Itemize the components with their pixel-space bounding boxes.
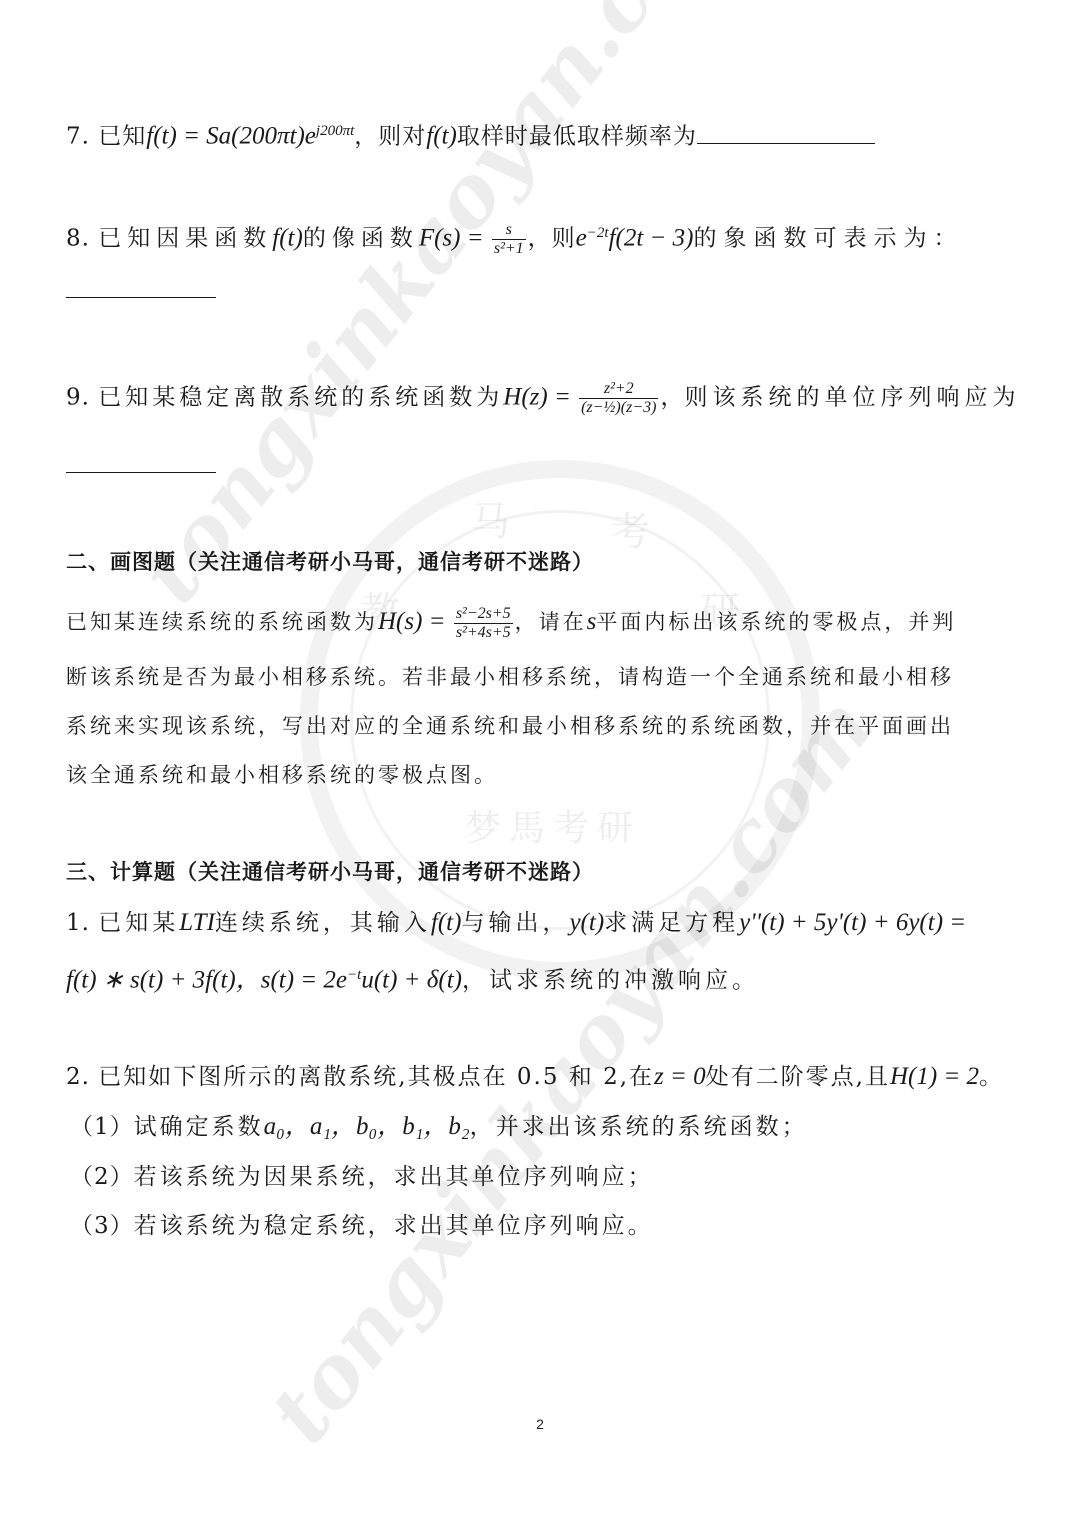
fraction-numerator: s²−2s+5 (454, 605, 513, 624)
math-expression: e (576, 225, 587, 252)
question-number: 8. (66, 226, 90, 252)
math-exponent: −t (347, 967, 361, 983)
watermark-seal-motto: 梦馬考研 (465, 800, 641, 851)
page-number: 2 (0, 1416, 1080, 1432)
question-8: 8. 已知因果函数f(t)的像函数F(s) = ss²+1，则e−2tf(2t … (66, 218, 964, 258)
problem-1-line-1: 1. 已知某LTI连续系统，其输入f(t)与输出，y(t)求满足方程y''(t)… (66, 908, 966, 938)
question-text: 平面内标出该系统的零极点，并判 (596, 610, 956, 634)
fraction-denominator: s²+1 (492, 240, 526, 258)
fraction: ss²+1 (492, 221, 526, 258)
question-number: 2. (66, 1064, 90, 1090)
answer-blank (66, 472, 216, 473)
sub-question-1: （1）试确定系数a₀，a₁，b₀，b₁，b₂，并求出该系统的系统函数； (70, 1112, 808, 1142)
question-text: 的象函数可表示为： (694, 226, 964, 252)
math-expression: F(s) = (419, 225, 490, 252)
watermark-url-upper: tongxinkaoyan.com (120, 0, 762, 621)
section2-line-4: 该全通系统和最小相移系统的零极点图。 (66, 760, 498, 790)
sub-question-label: （3） (70, 1213, 134, 1239)
question-text: 试确定系数 (134, 1114, 264, 1140)
question-text: 已知因果函数 (98, 226, 272, 252)
math-expression: = Sa(200πt)e (177, 123, 316, 150)
math-expression: H(s) = (378, 608, 452, 635)
punctuation: ， (528, 226, 552, 252)
question-text: 则对 (378, 124, 426, 150)
math-expression: u(t) + δ(t) (361, 967, 462, 994)
document-page: 马 考 研 教 梦馬考研 tongxinkaoyan.com tongxinka… (0, 0, 1080, 1527)
question-text: 已知 (98, 124, 146, 150)
section2-line-1: 已知某连续系统的系统函数为H(s) = s²−2s+5s²+4s+5，请在s平面… (66, 605, 956, 642)
sub-question-label: （1） (70, 1114, 134, 1140)
question-text: 的像函数 (303, 226, 419, 252)
punctuation: ， (660, 385, 684, 411)
section2-line-3: 系统来实现该系统，写出对应的全通系统和最小相移系统的系统函数，并在平面画出 (66, 711, 954, 741)
question-text: 连续系统，其输入 (215, 910, 431, 936)
fraction: z²+2(z−½)(z−3) (579, 380, 658, 417)
question-text: 若该系统为稳定系统，求出其单位序列响应。 (134, 1213, 654, 1239)
math-expression: f(t) (146, 123, 177, 150)
fraction-denominator: (z−½)(z−3) (579, 399, 658, 417)
question-number: 9. (66, 385, 90, 411)
punctuation: ， (354, 124, 378, 150)
sub-question-3: （3）若该系统为稳定系统，求出其单位序列响应。 (70, 1211, 654, 1241)
question-7: 7. 已知f(t) = Sa(200πt)ej200πt，则对f(t)取样时最低… (66, 116, 875, 152)
sub-question-label: （2） (70, 1164, 134, 1190)
math-expression: y(t) (569, 909, 604, 936)
math-expression: H(z) = (503, 384, 577, 411)
fraction-denominator: s²+4s+5 (454, 624, 513, 642)
sub-question-2: （2）若该系统为因果系统，求出其单位序列响应； (70, 1162, 654, 1192)
question-number: 7. (66, 124, 90, 150)
math-expression: f(t) ∗ s(t) + 3f(t)，s(t) = 2e (66, 967, 347, 994)
question-text: 已知如下图所示的离散系统,其极点在 0.5 和 2,在 (98, 1064, 654, 1090)
punctuation: 。 (979, 1064, 1003, 1090)
question-text: 则 (552, 226, 576, 252)
watermark-seal-char: 马 (470, 490, 510, 547)
question-number: 1. (66, 910, 90, 936)
math-exponent: j200πt (316, 123, 354, 139)
math-expression: f(2t − 3) (609, 225, 694, 252)
math-expression: a₀，a₁，b₀，b₁，b₂ (264, 1113, 470, 1140)
section2-line-2: 断该系统是否为最小相移系统。若非最小相移系统，请构造一个全通系统和最小相移 (66, 662, 954, 692)
problem-2-statement: 2. 已知如下图所示的离散系统,其极点在 0.5 和 2,在z = 0处有二阶零… (66, 1062, 1003, 1092)
math-expression: f(t) (431, 909, 462, 936)
question-text: 已知某 (98, 910, 179, 936)
answer-blank (66, 297, 216, 298)
section-heading-calculation: 三、计算题（关注通信考研小马哥，通信考研不迷路） (66, 857, 594, 887)
question-text: 取样时最低取样频率为 (457, 124, 697, 150)
math-expression: LTI (179, 909, 215, 936)
question-text: 处有二阶零点,且 (706, 1064, 890, 1090)
question-text: ，试求系统的冲激响应。 (462, 968, 759, 994)
question-text: 则该系统的单位序列响应为 (684, 385, 1020, 411)
math-expression: y''(t) + 5y'(t) + 6y(t) = (739, 909, 966, 936)
question-text: ，请在 (515, 610, 587, 634)
watermark-seal-char: 考 (610, 500, 650, 557)
math-expression: f(t) (272, 225, 303, 252)
fraction-numerator: s (492, 221, 526, 240)
math-expression: f(t) (426, 123, 457, 150)
fraction: s²−2s+5s²+4s+5 (454, 605, 513, 642)
answer-blank (697, 119, 875, 144)
fraction-numerator: z²+2 (579, 380, 658, 399)
problem-1-line-2: f(t) ∗ s(t) + 3f(t)，s(t) = 2e−tu(t) + δ(… (66, 960, 759, 996)
question-text: 与输出， (461, 910, 569, 936)
question-text: 求满足方程 (604, 910, 739, 936)
section-heading-drawing: 二、画图题（关注通信考研小马哥，通信考研不迷路） (66, 547, 594, 577)
question-text: 若该系统为因果系统，求出其单位序列响应； (134, 1164, 654, 1190)
question-text: ，并求出该系统的系统函数； (470, 1114, 808, 1140)
question-text: 已知某稳定离散系统的系统函数为 (98, 385, 503, 411)
math-expression: s (587, 608, 597, 635)
math-expression: H(1) = 2 (890, 1063, 979, 1090)
math-exponent: −2t (587, 225, 609, 241)
math-expression: z = 0 (654, 1063, 706, 1090)
question-9: 9. 已知某稳定离散系统的系统函数为H(z) = z²+2(z−½)(z−3)，… (66, 380, 1020, 417)
question-text: 已知某连续系统的系统函数为 (66, 610, 378, 634)
